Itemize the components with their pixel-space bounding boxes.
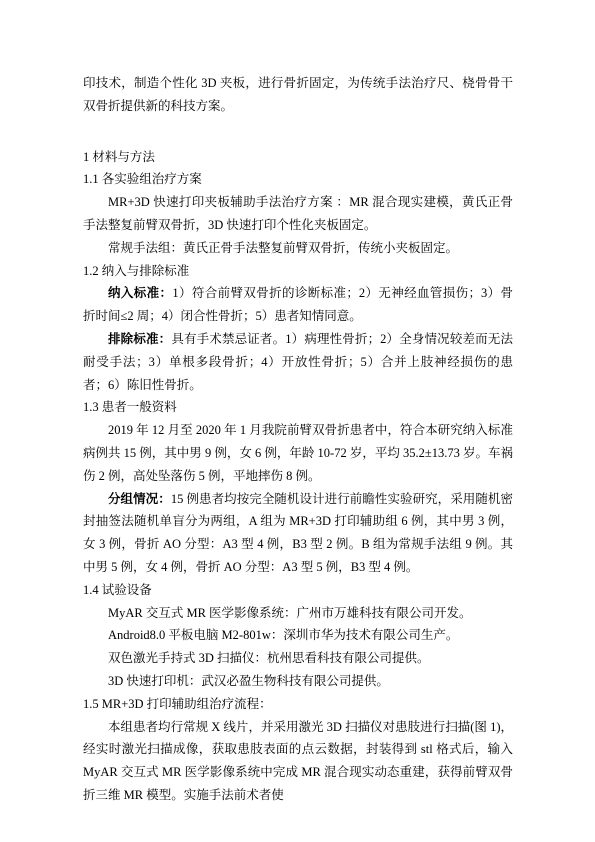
paragraph-treatment-process: 本组患者均行常规 X 线片，并采用激光 3D 扫描仪对患肢进行扫描(图 1)，经…	[83, 716, 513, 807]
heading-inclusion-exclusion-criteria: 1.2 纳入与排除标准	[83, 260, 513, 283]
paragraph-continuation-from-previous-page: 印技术，制造个性化 3D 夹板，进行骨折固定，为传统手法治疗尺、桡骨骨干双骨折提…	[83, 72, 513, 118]
paragraph-exclusion-criteria: 排除标准：具有手术禁忌证者。1）病理性骨折；2）全身情况较差而无法耐受手法；3）…	[83, 328, 513, 396]
paragraph-equipment-myar-system: MyAR 交互式 MR 医学影像系统：广州市万雄科技有限公司开发。	[83, 602, 513, 625]
heading-treatment-plans: 1.1 各实验组治疗方案	[83, 168, 513, 191]
page-text-content: 印技术，制造个性化 3D 夹板，进行骨折固定，为传统手法治疗尺、桡骨骨干双骨折提…	[83, 72, 513, 807]
heading-patient-general-data: 1.3 患者一般资料	[83, 396, 513, 419]
paragraph-equipment-android-tablet: Android8.0 平板电脑 M2-801w：深圳市华为技术有限公司生产。	[83, 624, 513, 647]
paragraph-equipment-3d-scanner: 双色激光手持式 3D 扫描仪：杭州思看科技有限公司提供。	[83, 647, 513, 670]
inclusion-criteria-label: 纳入标准：	[108, 286, 172, 300]
paragraph-conventional-treatment-plan: 常规手法组：黄氏正骨手法整复前臂双骨折，传统小夹板固定。	[83, 237, 513, 260]
paragraph-equipment-3d-printer: 3D 快速打印机：武汉必盈生物科技有限公司提供。	[83, 670, 513, 693]
exclusion-criteria-label: 排除标准：	[108, 332, 171, 346]
heading-mr3d-treatment-process: 1.5 MR+3D 打印辅助组治疗流程：	[83, 693, 513, 716]
paragraph-grouping-situation: 分组情况：15 例患者均按完全随机设计进行前瞻性实验研究，采用随机密封抽签法随机…	[83, 488, 513, 579]
paragraph-patient-general-data: 2019 年 12 月至 2020 年 1 月我院前臂双骨折患者中，符合本研究纳…	[83, 419, 513, 487]
document-page: 印技术，制造个性化 3D 夹板，进行骨折固定，为传统手法治疗尺、桡骨骨干双骨折提…	[0, 0, 595, 842]
heading-materials-and-methods: 1 材料与方法	[83, 146, 513, 169]
grouping-situation-label: 分组情况：	[108, 492, 171, 506]
paragraph-inclusion-criteria: 纳入标准：1）符合前臂双骨折的诊断标准；2）无神经血管损伤；3）骨折时间≤2 周…	[83, 282, 513, 328]
paragraph-mr3d-treatment-plan: MR+3D 快速打印夹板辅助手法治疗方案 ：MR 混合现实建模，黄氏正骨手法整复…	[83, 191, 513, 237]
heading-test-equipment: 1.4 试验设备	[83, 579, 513, 602]
